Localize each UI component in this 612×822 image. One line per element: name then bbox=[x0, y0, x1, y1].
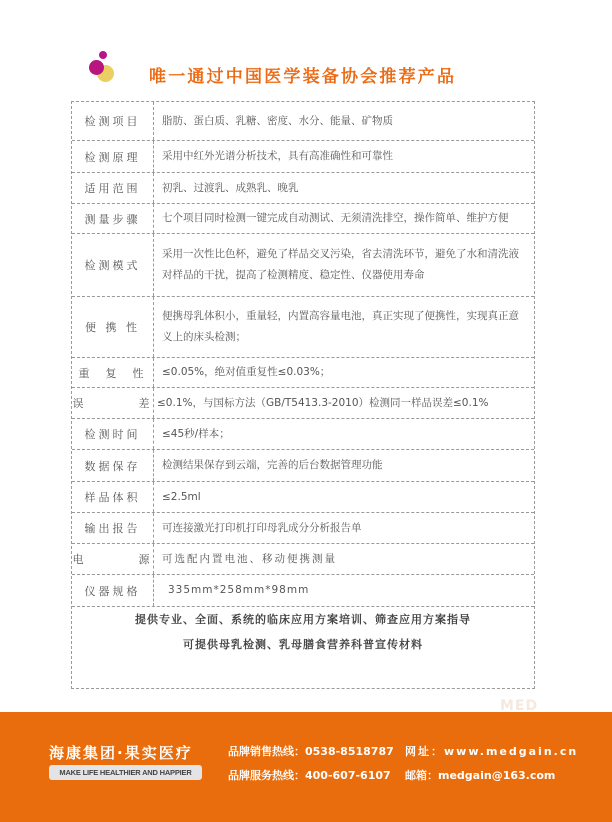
service-hotline-number[interactable]: 400-607-6107 bbox=[305, 769, 391, 782]
row-value: 脂肪、蛋白质、乳糖、密度、水分、能量、矿物质 bbox=[162, 102, 524, 140]
row-value: 七个项目同时检测一键完成自动测试、无须清洗排空，操作简单、维护方便 bbox=[162, 204, 524, 233]
service-note-line-2: 可提供母乳检测、乳母膳食营养科普宣传材料 bbox=[72, 632, 534, 657]
spec-table: 检测项目 脂肪、蛋白质、乳糖、密度、水分、能量、矿物质 检测原理 采用中红外光谱… bbox=[71, 101, 535, 689]
service-note-line-1: 提供专业、全面、系统的临床应用方案培训、筛查应用方案指导 bbox=[72, 607, 534, 632]
row-label: 测量步骤 bbox=[72, 204, 154, 233]
row-value: 采用一次性比色杯，避免了样品交叉污染，省去清洗环节，避免了水和清洗液对样品的干扰… bbox=[162, 234, 524, 296]
table-row: 电 源 可选配内置电池、移动便携测量 bbox=[72, 544, 534, 575]
service-hotline-label: 品牌服务热线： bbox=[228, 769, 305, 782]
email: 邮箱：medgain@163.com bbox=[405, 767, 555, 783]
row-value: 检测结果保存到云端，完善的后台数据管理功能 bbox=[162, 450, 524, 481]
row-value: 便携母乳体积小，重量轻，内置高容量电池，真正实现了便携性，实现真正意义上的床头检… bbox=[162, 297, 524, 357]
service-hotline: 品牌服务热线：400-607-6107 bbox=[228, 767, 391, 783]
table-row: 检测时间 ≤45秒/样本； bbox=[72, 419, 534, 450]
footer: 海康集团·果实医疗 MAKE LIFE HEALTHIER AND HAPPIE… bbox=[0, 712, 612, 822]
table-row: 数据保存 检测结果保存到云端，完善的后台数据管理功能 bbox=[72, 450, 534, 482]
row-value: 采用中红外光谱分析技术，具有高准确性和可靠性 bbox=[162, 141, 524, 172]
brand-slogan: MAKE LIFE HEALTHIER AND HAPPIER bbox=[49, 765, 202, 780]
row-value: 335mm*258mm*98mm bbox=[168, 575, 524, 606]
row-value: 初乳、过渡乳、成熟乳、晚乳 bbox=[162, 173, 524, 203]
table-row: 重 复 性 ≤0.05%，绝对值重复性≤0.03%； bbox=[72, 358, 534, 388]
table-row: 误 差 ≤0.1%，与国标方法（GB/T5413.3-2010）检测同一样品误差… bbox=[72, 388, 534, 419]
row-label: 检测模式 bbox=[72, 234, 154, 296]
table-row: 检测模式 采用一次性比色杯，避免了样品交叉污染，省去清洗环节，避免了水和清洗液对… bbox=[72, 234, 534, 297]
row-label: 检测时间 bbox=[72, 419, 154, 449]
table-row: 输出报告 可连接激光打印机打印母乳成分分析报告单 bbox=[72, 513, 534, 544]
table-row: 样品体积 ≤2.5ml bbox=[72, 482, 534, 513]
row-label: 数据保存 bbox=[72, 450, 154, 481]
email-link[interactable]: medgain@163.com bbox=[438, 769, 555, 782]
website-link[interactable]: www.medgain.cn bbox=[444, 745, 578, 758]
row-label: 误 差 bbox=[72, 388, 154, 418]
header: 唯一通过中国医学装备协会推荐产品 bbox=[0, 0, 612, 100]
row-label: 检测原理 bbox=[72, 141, 154, 172]
brand-name: 海康集团·果实医疗 bbox=[49, 742, 193, 763]
row-value: ≤45秒/样本； bbox=[162, 419, 524, 449]
service-note: 提供专业、全面、系统的临床应用方案培训、筛查应用方案指导 可提供母乳检测、乳母膳… bbox=[72, 607, 534, 657]
logo-bubbles-icon bbox=[84, 48, 124, 88]
sales-hotline-number[interactable]: 0538-8518787 bbox=[305, 745, 394, 758]
table-row: 检测项目 脂肪、蛋白质、乳糖、密度、水分、能量、矿物质 bbox=[72, 102, 534, 141]
page-title: 唯一通过中国医学装备协会推荐产品 bbox=[149, 62, 456, 87]
row-value: ≤0.05%，绝对值重复性≤0.03%； bbox=[162, 358, 524, 387]
row-label: 重 复 性 bbox=[72, 358, 154, 387]
table-row: 仪器规格 335mm*258mm*98mm bbox=[72, 575, 534, 607]
website: 网址：www.medgain.cn bbox=[405, 743, 578, 759]
table-row: 测量步骤 七个项目同时检测一键完成自动测试、无须清洗排空，操作简单、维护方便 bbox=[72, 204, 534, 234]
sales-hotline: 品牌销售热线：0538-8518787 bbox=[228, 743, 394, 759]
row-label: 仪器规格 bbox=[72, 575, 154, 606]
row-label: 便 携 性 bbox=[72, 297, 154, 357]
row-value: 可选配内置电池、移动便携测量 bbox=[162, 544, 524, 574]
logo-dot-magenta-small bbox=[99, 51, 107, 59]
row-label: 样品体积 bbox=[72, 482, 154, 512]
row-value: ≤2.5ml bbox=[162, 482, 524, 512]
website-label: 网址： bbox=[405, 745, 444, 758]
email-label: 邮箱： bbox=[405, 769, 438, 782]
row-label: 适用范围 bbox=[72, 173, 154, 203]
row-value: 可连接激光打印机打印母乳成分分析报告单 bbox=[162, 513, 524, 543]
table-row: 便 携 性 便携母乳体积小，重量轻，内置高容量电池，真正实现了便携性，实现真正意… bbox=[72, 297, 534, 358]
row-label: 电 源 bbox=[72, 544, 154, 574]
logo-dot-magenta-large bbox=[89, 60, 104, 75]
row-value: ≤0.1%，与国标方法（GB/T5413.3-2010）检测同一样品误差≤0.1… bbox=[157, 388, 524, 418]
sales-hotline-label: 品牌销售热线： bbox=[228, 745, 305, 758]
row-label: 检测项目 bbox=[72, 102, 154, 140]
table-row: 适用范围 初乳、过渡乳、成熟乳、晚乳 bbox=[72, 173, 534, 204]
table-row: 检测原理 采用中红外光谱分析技术，具有高准确性和可靠性 bbox=[72, 141, 534, 173]
row-label: 输出报告 bbox=[72, 513, 154, 543]
